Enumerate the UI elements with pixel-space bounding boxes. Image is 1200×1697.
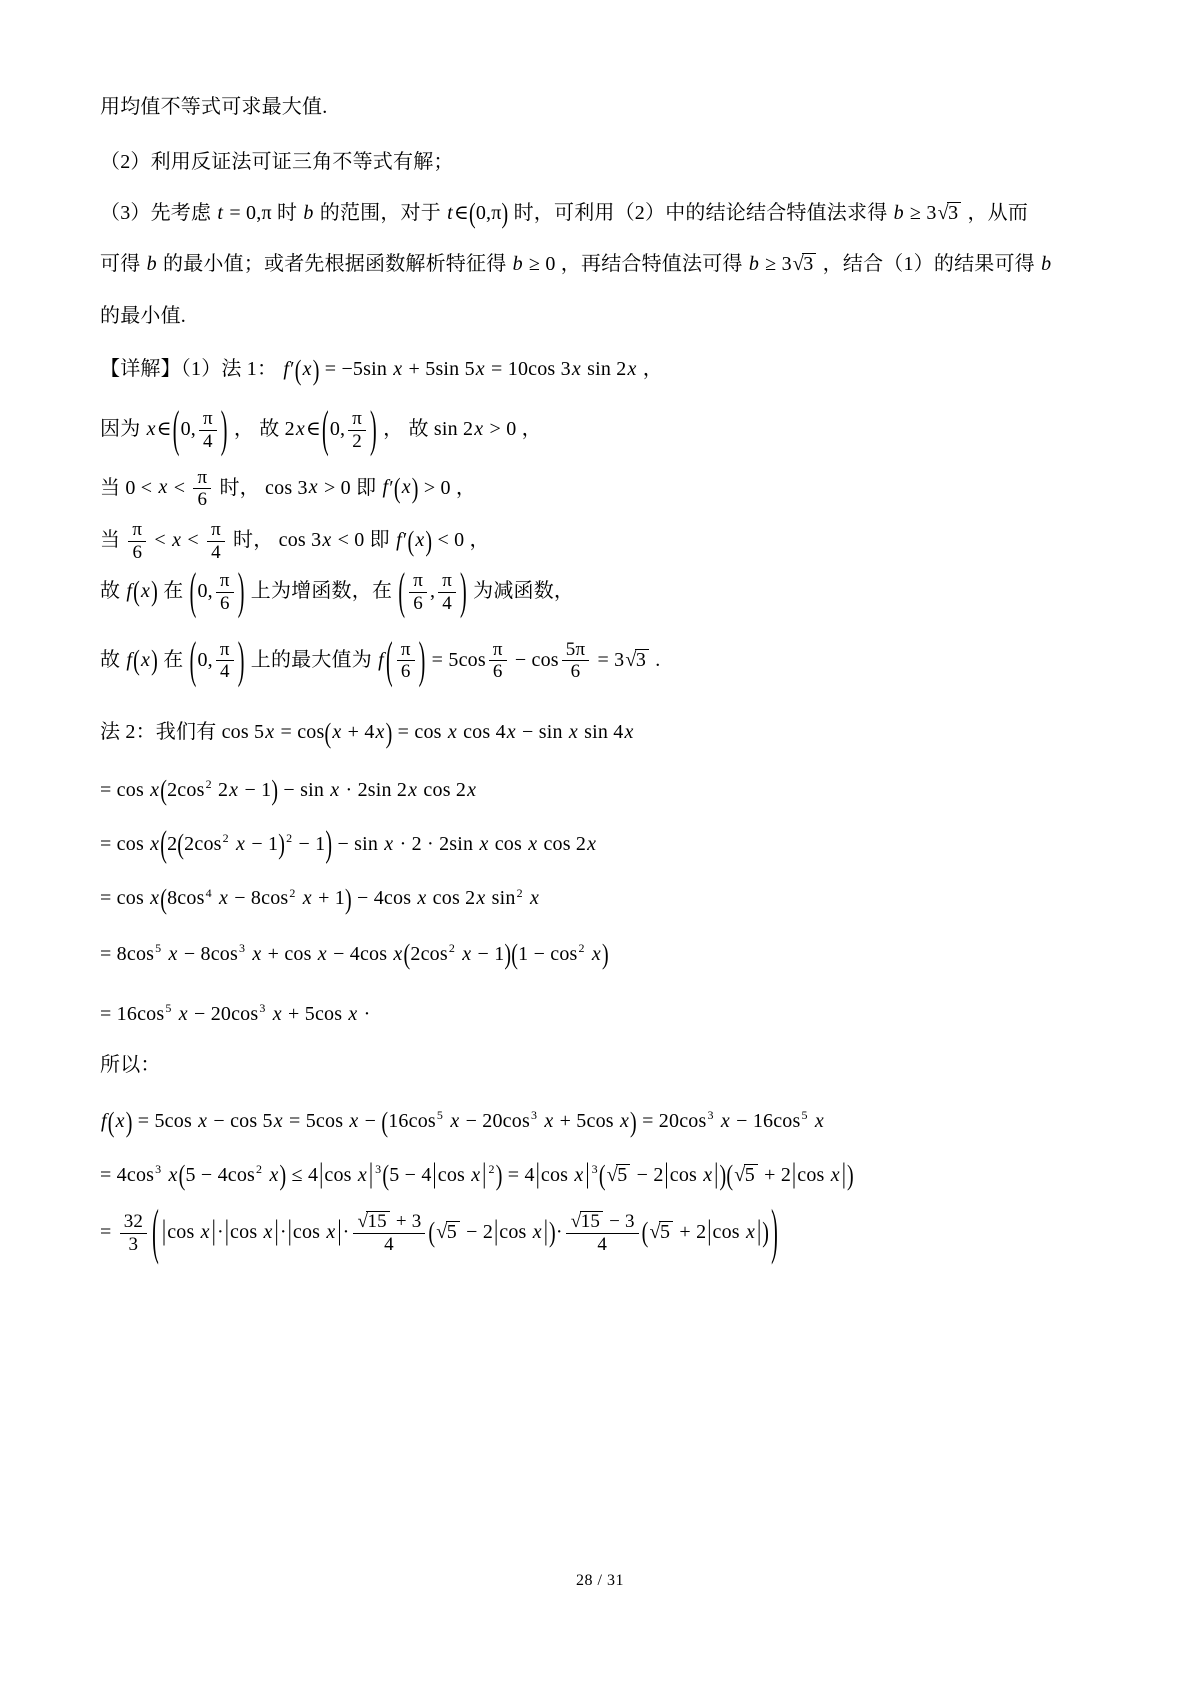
- doc-line: f(x) = 5cos x − cos 5x = 5cos x − (16cos…: [100, 1106, 1120, 1137]
- doc-line: 所以：: [100, 1050, 1120, 1080]
- document-page: 用均值不等式可求最大值. （2）利用反证法可证三角不等式有解； （3）先考虑 t…: [0, 0, 1200, 1697]
- doc-line: 当 π6 < x < π4 时， cos 3x < 0 即 f′(x) < 0 …: [100, 519, 1120, 564]
- doc-line: = 8cos5 x − 8cos3 x + cos x − 4cos x(2co…: [100, 939, 1120, 970]
- doc-line: （2）利用反证法可证三角不等式有解；: [100, 147, 1120, 177]
- doc-line: = 4cos3 x(5 − 4cos2 x) ≤ 4|cos x|3(5 − 4…: [100, 1160, 1120, 1191]
- doc-line: 的最小值.: [100, 301, 1120, 331]
- doc-line: （3）先考虑 t = 0,π 时 b 的范围，对于 t∈(0,π) 时，可利用（…: [100, 198, 1120, 229]
- doc-line: 法 2：我们有 cos 5x = cos(x + 4x) = cos x cos…: [100, 717, 1120, 748]
- doc-line: = cos x(2(2cos2 x − 1)2 − 1) − sin x · 2…: [100, 829, 1120, 860]
- doc-line: = cos x(8cos4 x − 8cos2 x + 1) − 4cos x …: [100, 883, 1120, 914]
- doc-line: = 16cos5 x − 20cos3 x + 5cos x ·: [100, 999, 1120, 1029]
- doc-line: 故 f(x) 在 (0,π6) 上为增函数，在 (π6,π4) 为减函数，: [100, 570, 1120, 615]
- doc-line: 因为 x∈(0,π4) ， 故 2x∈(0,π2) ， 故 sin 2x > 0…: [100, 408, 1120, 453]
- doc-line: 可得 b 的最小值；或者先根据函数解析特征得 b ≥ 0 ，再结合特值法可得 b…: [100, 249, 1120, 279]
- document-body: 用均值不等式可求最大值. （2）利用反证法可证三角不等式有解； （3）先考虑 t…: [100, 92, 1120, 1256]
- doc-line: 当 0 < x < π6 时， cos 3x > 0 即 f′(x) > 0 ，: [100, 467, 1120, 512]
- doc-line: 【详解】（1）法 1： f′(x) = −5sin x + 5sin 5x = …: [100, 354, 1120, 385]
- doc-line: = cos x(2cos2 2x − 1) − sin x · 2sin 2x …: [100, 775, 1120, 806]
- doc-line: 用均值不等式可求最大值.: [100, 92, 1120, 122]
- doc-line: = 323(|cos x|·|cos x|·|cos x|·√15 + 34(√…: [100, 1211, 1120, 1256]
- doc-line: 故 f(x) 在 (0,π4) 上的最大值为 f(π6) = 5cosπ6 − …: [100, 639, 1120, 684]
- page-number: 28 / 31: [0, 1572, 1200, 1590]
